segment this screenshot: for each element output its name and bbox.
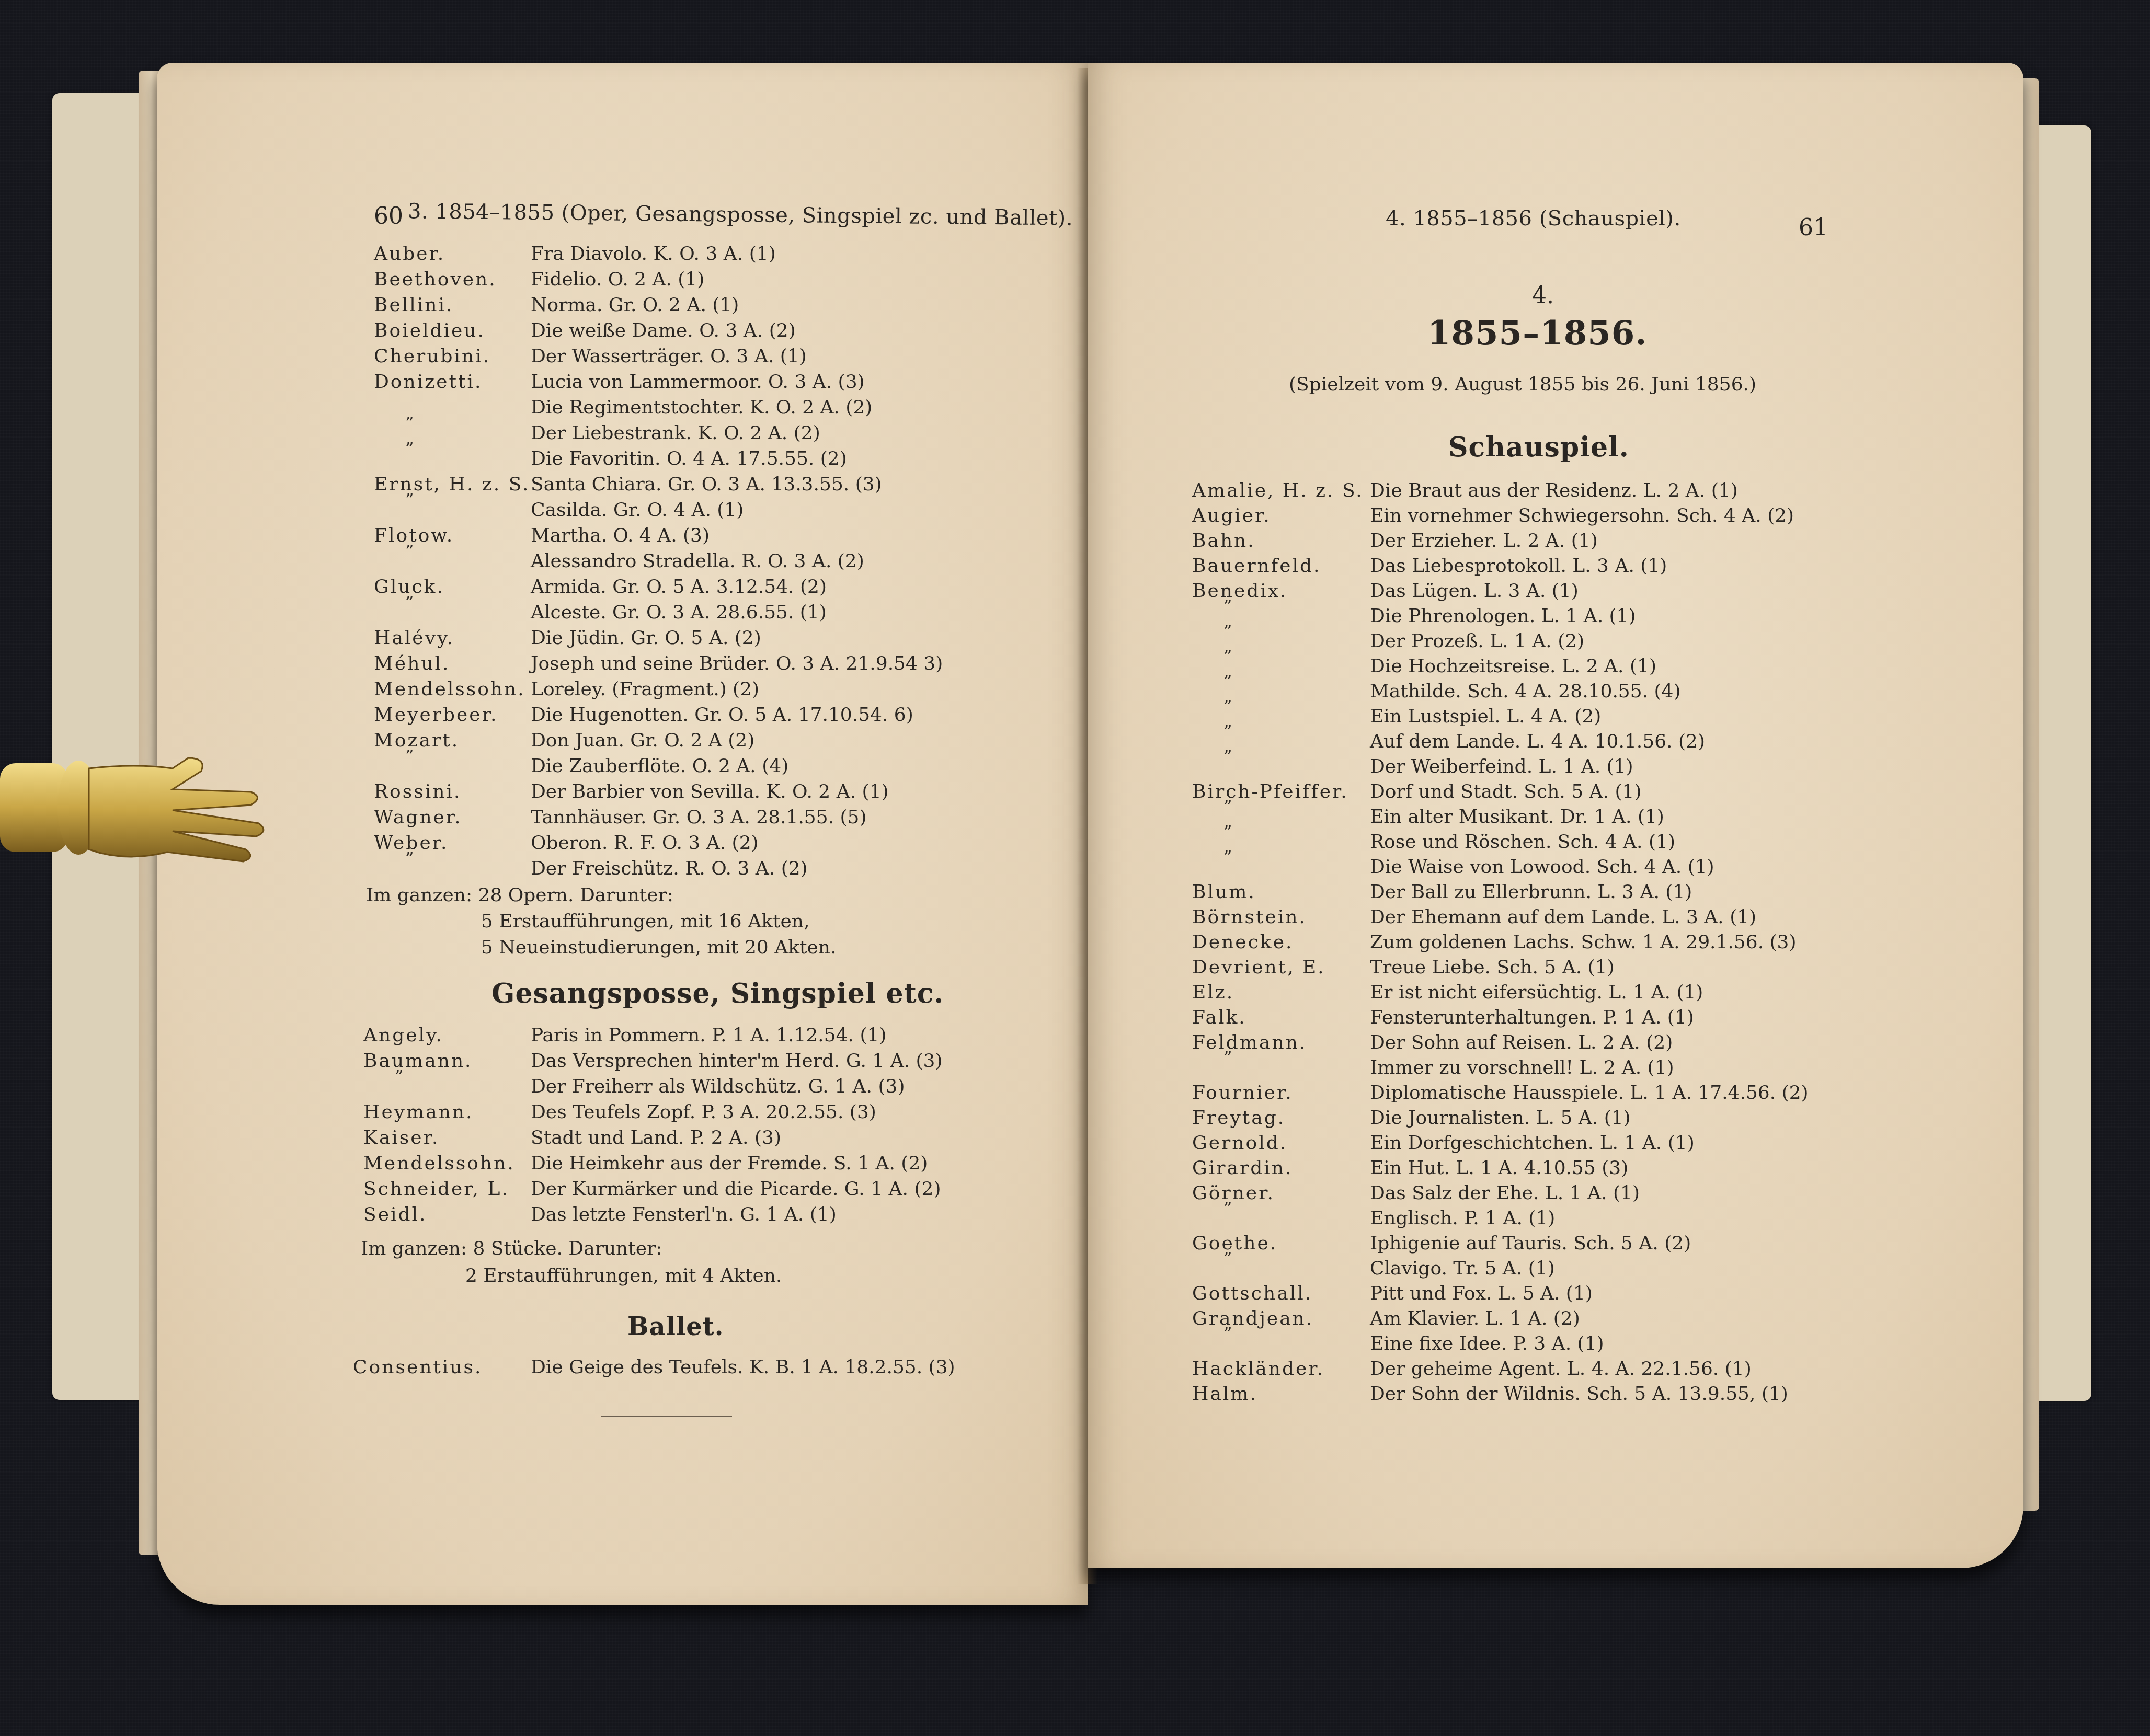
section-heading-ballet: Ballet. xyxy=(627,1312,724,1341)
list-item: ”Alessandro Stradella. R. O. 3 A. (2) xyxy=(374,550,1106,576)
work-title: Die Hochzeitsreise. L. 2 A. (1) xyxy=(1370,656,1656,677)
ditto-mark: ” xyxy=(405,592,414,612)
opera-summary-line: Im ganzen: 28 Opern. Darunter: xyxy=(366,884,673,906)
list-item: ”Die Phrenologen. L. 1 A. (1) xyxy=(1192,605,2008,630)
page-number: 60 xyxy=(374,203,403,229)
work-title: Der Erzieher. L. 2 A. (1) xyxy=(1370,530,1598,551)
list-item: Amalie, H. z. S.Die Braut aus der Reside… xyxy=(1192,480,2008,505)
work-title: Diplomatische Hausspiele. L. 1 A. 17.4.5… xyxy=(1370,1082,1809,1103)
list-item: Schneider, L.Der Kurmärker und die Picar… xyxy=(363,1178,1095,1204)
work-title: Die Heimkehr aus der Fremde. S. 1 A. (2) xyxy=(531,1153,928,1174)
work-title: Die Zauberflöte. O. 2 A. (4) xyxy=(531,755,788,777)
list-item: Hackländer.Der geheime Agent. L. 4. A. 2… xyxy=(1192,1358,2008,1383)
author-name: Börnstein. xyxy=(1192,906,1307,928)
work-title: Der Freiherr als Wildschütz. G. 1 A. (3) xyxy=(531,1076,905,1097)
work-title: Der Prozeß. L. 1 A. (2) xyxy=(1370,630,1584,652)
work-title: Am Klavier. L. 1 A. (2) xyxy=(1370,1308,1580,1329)
list-item: Feldmann.Der Sohn auf Reisen. L. 2 A. (2… xyxy=(1192,1032,2008,1057)
list-item: Meyerbeer.Die Hugenotten. Gr. O. 5 A. 17… xyxy=(374,704,1106,730)
author-name: Kaiser. xyxy=(363,1127,439,1148)
work-title: Die Jüdin. Gr. O. 5 A. (2) xyxy=(531,627,761,649)
work-title: Lucia von Lammermoor. O. 3 A. (3) xyxy=(531,371,865,393)
list-item: Cherubini.Der Wasserträger. O. 3 A. (1) xyxy=(374,346,1106,371)
list-item: ”Die Waise von Lowood. Sch. 4 A. (1) xyxy=(1192,856,2008,881)
author-name: Bahn. xyxy=(1192,530,1255,551)
ditto-mark: ” xyxy=(1223,746,1232,766)
author-name: Halévy. xyxy=(374,627,454,649)
author-name: Donizetti. xyxy=(374,371,482,393)
chapter-title: 1855–1856. xyxy=(1427,314,1648,353)
list-item: ”Eine fixe Idee. P. 3 A. (1) xyxy=(1192,1333,2008,1358)
list-item: Görner.Das Salz der Ehe. L. 1 A. (1) xyxy=(1192,1182,2008,1208)
schauspiel-list: Amalie, H. z. S.Die Braut aus der Reside… xyxy=(1192,480,2008,1408)
author-name: Elz. xyxy=(1192,982,1234,1003)
singspiel-list: Angely.Paris in Pommern. P. 1 A. 1.12.54… xyxy=(363,1025,1095,1229)
list-item: ”Der Weiberfeind. L. 1 A. (1) xyxy=(1192,756,2008,781)
ditto-mark: ” xyxy=(405,413,414,433)
list-item: Heymann.Des Teufels Zopf. P. 3 A. 20.2.5… xyxy=(363,1101,1095,1127)
list-item: ”Rose und Röschen. Sch. 4 A. (1) xyxy=(1192,831,2008,856)
author-name: Augier. xyxy=(1192,505,1271,526)
work-title: Die Geige des Teufels. K. B. 1 A. 18.2.5… xyxy=(531,1356,955,1378)
list-item: Auber.Fra Diavolo. K. O. 3 A. (1) xyxy=(374,243,1106,269)
work-title: Ein vornehmer Schwiegersohn. Sch. 4 A. (… xyxy=(1370,505,1794,526)
work-title: Die Phrenologen. L. 1 A. (1) xyxy=(1370,605,1636,627)
author-name: Gernold. xyxy=(1192,1132,1287,1154)
list-item: Denecke.Zum goldenen Lachs. Schw. 1 A. 2… xyxy=(1192,932,2008,957)
author-name: Rossini. xyxy=(374,781,461,802)
work-title: Martha. O. 4 A. (3) xyxy=(531,525,710,546)
author-name: Falk. xyxy=(1192,1007,1246,1028)
list-item: Devrient, E.Treue Liebe. Sch. 5 A. (1) xyxy=(1192,957,2008,982)
list-item: Freytag.Die Journalisten. L. 5 A. (1) xyxy=(1192,1107,2008,1132)
work-title: Iphigenie auf Tauris. Sch. 5 A. (2) xyxy=(1370,1233,1691,1254)
work-title: Treue Liebe. Sch. 5 A. (1) xyxy=(1370,957,1615,978)
list-item: ”Die Zauberflöte. O. 2 A. (4) xyxy=(374,755,1106,781)
work-title: Immer zu vorschnell! L. 2 A. (1) xyxy=(1370,1057,1674,1078)
author-name: Halm. xyxy=(1192,1383,1257,1405)
list-item: Mendelssohn.Die Heimkehr aus der Fremde.… xyxy=(363,1153,1095,1178)
list-item: ”Die Favoritin. O. 4 A. 17.5.55. (2) xyxy=(374,448,1106,474)
list-item: Rossini.Der Barbier von Sevilla. K. O. 2… xyxy=(374,781,1106,807)
list-item: ”Clavigo. Tr. 5 A. (1) xyxy=(1192,1258,2008,1283)
work-title: Der Ehemann auf dem Lande. L. 3 A. (1) xyxy=(1370,906,1756,928)
list-item: Elz.Er ist nicht eifersüchtig. L. 1 A. (… xyxy=(1192,982,2008,1007)
author-name: Schneider, L. xyxy=(363,1178,509,1200)
work-title: Die Braut aus der Residenz. L. 2 A. (1) xyxy=(1370,480,1738,501)
ballet-list: Consentius.Die Geige des Teufels. K. B. … xyxy=(353,1356,1085,1382)
ditto-mark: ” xyxy=(1223,621,1232,641)
list-item: ”Auf dem Lande. L. 4 A. 10.1.56. (2) xyxy=(1192,731,2008,756)
list-item: ”Ein Lustspiel. L. 4 A. (2) xyxy=(1192,706,2008,731)
ditto-mark: ” xyxy=(1223,797,1232,817)
list-item: Girardin.Ein Hut. L. 1 A. 4.10.55 (3) xyxy=(1192,1157,2008,1182)
author-name: Wagner. xyxy=(374,807,462,828)
list-item: Gernold.Ein Dorfgeschichtchen. L. 1 A. (… xyxy=(1192,1132,2008,1157)
list-item: Grandjean.Am Klavier. L. 1 A. (2) xyxy=(1192,1308,2008,1333)
list-item: Börnstein.Der Ehemann auf dem Lande. L. … xyxy=(1192,906,2008,932)
list-item: ”Der Freiherr als Wildschütz. G. 1 A. (3… xyxy=(363,1076,1095,1101)
author-name: Goethe. xyxy=(1192,1233,1277,1254)
work-title: Norma. Gr. O. 2 A. (1) xyxy=(531,294,739,316)
work-title: Fensterunterhaltungen. P. 1 A. (1) xyxy=(1370,1007,1694,1028)
author-name: Bauernfeld. xyxy=(1192,555,1321,577)
work-title: Der Sohn der Wildnis. Sch. 5 A. 13.9.55,… xyxy=(1370,1383,1788,1405)
hand-clip-icon xyxy=(0,732,272,878)
work-title: Alceste. Gr. O. 3 A. 28.6.55. (1) xyxy=(531,602,827,623)
ditto-mark: ” xyxy=(1223,1248,1232,1268)
page-right: 4. 1855–1856 (Schauspiel). 61 4. 1855–18… xyxy=(1088,63,2023,1568)
list-item: Mendelssohn.Loreley. (Fragment.) (2) xyxy=(374,679,1106,704)
work-title: Casilda. Gr. O. 4 A. (1) xyxy=(531,499,744,521)
work-title: Rose und Röschen. Sch. 4 A. (1) xyxy=(1370,831,1675,853)
author-name: Auber. xyxy=(374,243,445,265)
ditto-mark: ” xyxy=(1223,1198,1232,1218)
list-item: Die Regimentstochter. K. O. 2 A. (2) xyxy=(374,397,1106,422)
author-name: Bellini. xyxy=(374,294,453,316)
list-item: ”Englisch. P. 1 A. (1) xyxy=(1192,1208,2008,1233)
opera-list: Auber.Fra Diavolo. K. O. 3 A. (1)Beethov… xyxy=(374,243,1106,883)
chapter-number: 4. xyxy=(1532,282,1554,309)
author-name: Gottschall. xyxy=(1192,1283,1312,1304)
ditto-mark: ” xyxy=(1223,696,1232,716)
list-item: Bellini.Norma. Gr. O. 2 A. (1) xyxy=(374,294,1106,320)
work-title: Das Versprechen hinter'm Herd. G. 1 A. (… xyxy=(531,1050,943,1072)
list-item: ”Mathilde. Sch. 4 A. 28.10.55. (4) xyxy=(1192,681,2008,706)
list-item: Birch-Pfeiffer.Dorf und Stadt. Sch. 5 A.… xyxy=(1192,781,2008,806)
author-name: Freytag. xyxy=(1192,1107,1285,1129)
ditto-mark: ” xyxy=(1223,847,1232,867)
work-title: Der Freischütz. R. O. 3 A. (2) xyxy=(531,858,808,879)
author-name: Amalie, H. z. S. xyxy=(1192,480,1364,501)
list-item: Gluck.Armida. Gr. O. 5 A. 3.12.54. (2) xyxy=(374,576,1106,602)
author-name: Feldmann. xyxy=(1192,1032,1307,1053)
list-item: ”Der Prozeß. L. 1 A. (2) xyxy=(1192,630,2008,656)
work-title: Dorf und Stadt. Sch. 5 A. (1) xyxy=(1370,781,1642,802)
section-heading-schauspiel: Schauspiel. xyxy=(1448,431,1629,463)
author-name: Birch-Pfeiffer. xyxy=(1192,781,1348,802)
list-item: Augier.Ein vornehmer Schwiegersohn. Sch.… xyxy=(1192,505,2008,530)
work-title: Ein Dorfgeschichtchen. L. 1 A. (1) xyxy=(1370,1132,1695,1154)
author-name: Cherubini. xyxy=(374,346,490,367)
work-title: Die Favoritin. O. 4 A. 17.5.55. (2) xyxy=(531,448,847,469)
author-name: Görner. xyxy=(1192,1182,1275,1204)
work-title: Die Regimentstochter. K. O. 2 A. (2) xyxy=(531,397,872,418)
work-title: Fidelio. O. 2 A. (1) xyxy=(531,269,704,290)
ditto-mark: ” xyxy=(395,1066,403,1086)
work-title: Don Juan. Gr. O. 2 A (2) xyxy=(531,730,754,751)
list-item: Baumann.Das Versprechen hinter'm Herd. G… xyxy=(363,1050,1095,1076)
list-item: Blum.Der Ball zu Ellerbrunn. L. 3 A. (1) xyxy=(1192,881,2008,906)
list-item: Mozart.Don Juan. Gr. O. 2 A (2) xyxy=(374,730,1106,755)
open-book: 60 3. 1854–1855 (Oper, Gesangsposse, Sin… xyxy=(0,0,2150,1736)
work-title: Clavigo. Tr. 5 A. (1) xyxy=(1370,1258,1555,1279)
work-title: Der Liebestrank. K. O. 2 A. (2) xyxy=(531,422,820,444)
list-item: Bahn.Der Erzieher. L. 2 A. (1) xyxy=(1192,530,2008,555)
list-item: ”Casilda. Gr. O. 4 A. (1) xyxy=(374,499,1106,525)
work-title: Joseph und seine Brüder. O. 3 A. 21.9.54… xyxy=(531,653,943,674)
author-name: Consentius. xyxy=(353,1356,482,1378)
work-title: Das Liebesprotokoll. L. 3 A. (1) xyxy=(1370,555,1667,577)
list-item: Falk.Fensterunterhaltungen. P. 1 A. (1) xyxy=(1192,1007,2008,1032)
list-item: Halévy.Die Jüdin. Gr. O. 5 A. (2) xyxy=(374,627,1106,653)
work-title: Armida. Gr. O. 5 A. 3.12.54. (2) xyxy=(531,576,827,597)
work-title: Die Journalisten. L. 5 A. (1) xyxy=(1370,1107,1631,1129)
work-title: Santa Chiara. Gr. O. 3 A. 13.3.55. (3) xyxy=(531,474,882,495)
work-title: Der Ball zu Ellerbrunn. L. 3 A. (1) xyxy=(1370,881,1692,903)
ditto-mark: ” xyxy=(405,541,414,561)
author-name: Fournier. xyxy=(1192,1082,1293,1103)
singspiel-summary-line: Im ganzen: 8 Stücke. Darunter: xyxy=(361,1238,662,1259)
author-name: Heymann. xyxy=(363,1101,473,1123)
ditto-mark: ” xyxy=(1223,671,1232,691)
ditto-mark: ” xyxy=(1223,721,1232,741)
list-item: Weber.Oberon. R. F. O. 3 A. (2) xyxy=(374,832,1106,858)
list-item: Flotow.Martha. O. 4 A. (3) xyxy=(374,525,1106,550)
work-title: Pitt und Fox. L. 5 A. (1) xyxy=(1370,1283,1593,1304)
list-item: Ernst, H. z. S.Santa Chiara. Gr. O. 3 A.… xyxy=(374,474,1106,499)
opera-summary-line: 5 Neueinstudierungen, mit 20 Akten. xyxy=(481,937,836,958)
author-name: Meyerbeer. xyxy=(374,704,498,726)
work-title: Stadt und Land. P. 2 A. (3) xyxy=(531,1127,781,1148)
list-item: Méhul.Joseph und seine Brüder. O. 3 A. 2… xyxy=(374,653,1106,679)
work-title: Das Salz der Ehe. L. 1 A. (1) xyxy=(1370,1182,1640,1204)
work-title: Alessandro Stradella. R. O. 3 A. (2) xyxy=(531,550,864,572)
work-title: Der geheime Agent. L. 4. A. 22.1.56. (1) xyxy=(1370,1358,1752,1379)
work-title: Der Kurmärker und die Picarde. G. 1 A. (… xyxy=(531,1178,941,1200)
list-item: Kaiser.Stadt und Land. P. 2 A. (3) xyxy=(363,1127,1095,1153)
work-title: Er ist nicht eifersüchtig. L. 1 A. (1) xyxy=(1370,982,1703,1003)
ditto-mark: ” xyxy=(405,490,414,510)
author-name: Mozart. xyxy=(374,730,459,751)
work-title: Die weiße Dame. O. 3 A. (2) xyxy=(531,320,796,341)
page-left: 60 3. 1854–1855 (Oper, Gesangsposse, Sin… xyxy=(157,63,1088,1605)
list-item: Beethoven.Fidelio. O. 2 A. (1) xyxy=(374,269,1106,294)
author-name: Ernst, H. z. S. xyxy=(374,474,530,495)
list-item: ”Der Freischütz. R. O. 3 A. (2) xyxy=(374,858,1106,883)
ditto-mark: ” xyxy=(405,439,414,458)
work-title: Auf dem Lande. L. 4 A. 10.1.56. (2) xyxy=(1370,731,1705,752)
list-item: ”Alceste. Gr. O. 3 A. 28.6.55. (1) xyxy=(374,602,1106,627)
list-item: ”Ein alter Musikant. Dr. 1 A. (1) xyxy=(1192,806,2008,831)
author-name: Mendelssohn. xyxy=(363,1153,515,1174)
ditto-mark: ” xyxy=(1223,822,1232,842)
work-title: Tannhäuser. Gr. O. 3 A. 28.1.55. (5) xyxy=(531,807,867,828)
list-item: ”Die Hochzeitsreise. L. 2 A. (1) xyxy=(1192,656,2008,681)
list-item: Angely.Paris in Pommern. P. 1 A. 1.12.54… xyxy=(363,1025,1095,1050)
author-name: Devrient, E. xyxy=(1192,957,1325,978)
work-title: Der Sohn auf Reisen. L. 2 A. (2) xyxy=(1370,1032,1673,1053)
page-number: 61 xyxy=(1799,214,1828,241)
author-name: Baumann. xyxy=(363,1050,473,1072)
list-item: Bauernfeld.Das Liebesprotokoll. L. 3 A. … xyxy=(1192,555,2008,580)
work-title: Fra Diavolo. K. O. 3 A. (1) xyxy=(531,243,776,265)
singspiel-summary-line: 2 Erstaufführungen, mit 4 Akten. xyxy=(465,1265,782,1286)
author-name: Mendelssohn. xyxy=(374,679,525,700)
author-name: Denecke. xyxy=(1192,932,1293,953)
work-title: Paris in Pommern. P. 1 A. 1.12.54. (1) xyxy=(531,1025,886,1046)
work-title: Englisch. P. 1 A. (1) xyxy=(1370,1208,1555,1229)
opera-summary-line: 5 Erstaufführungen, mit 16 Akten, xyxy=(481,911,809,932)
list-item: Wagner.Tannhäuser. Gr. O. 3 A. 28.1.55. … xyxy=(374,807,1106,832)
work-title: Die Hugenotten. Gr. O. 5 A. 17.10.54. 6) xyxy=(531,704,913,726)
author-name: Hackländer. xyxy=(1192,1358,1324,1379)
ditto-mark: ” xyxy=(405,848,414,868)
author-name: Flotow. xyxy=(374,525,454,546)
work-title: Der Weiberfeind. L. 1 A. (1) xyxy=(1370,756,1633,777)
work-title: Die Waise von Lowood. Sch. 4 A. (1) xyxy=(1370,856,1714,878)
work-title: Ein Lustspiel. L. 4 A. (2) xyxy=(1370,706,1601,727)
work-title: Der Wasserträger. O. 3 A. (1) xyxy=(531,346,807,367)
author-name: Girardin. xyxy=(1192,1157,1293,1179)
list-item: ”Der Liebestrank. K. O. 2 A. (2) xyxy=(374,422,1106,448)
ditto-mark: ” xyxy=(1223,1048,1232,1067)
work-title: Oberon. R. F. O. 3 A. (2) xyxy=(531,832,759,854)
list-item: Goethe.Iphigenie auf Tauris. Sch. 5 A. (… xyxy=(1192,1233,2008,1258)
work-title: Mathilde. Sch. 4 A. 28.10.55. (4) xyxy=(1370,681,1681,702)
ditto-mark: ” xyxy=(405,746,414,766)
running-head: 3. 1854–1855 (Oper, Gesangsposse, Singsp… xyxy=(408,199,1073,230)
end-rule xyxy=(601,1416,732,1417)
work-title: Eine fixe Idee. P. 3 A. (1) xyxy=(1370,1333,1604,1354)
work-title: Zum goldenen Lachs. Schw. 1 A. 29.1.56. … xyxy=(1370,932,1797,953)
list-item: Boieldieu.Die weiße Dame. O. 3 A. (2) xyxy=(374,320,1106,346)
work-title: Ein Hut. L. 1 A. 4.10.55 (3) xyxy=(1370,1157,1628,1179)
list-item: Consentius.Die Geige des Teufels. K. B. … xyxy=(353,1356,1085,1382)
author-name: Angely. xyxy=(363,1025,443,1046)
ditto-mark: ” xyxy=(1223,646,1232,666)
work-title: Ein alter Musikant. Dr. 1 A. (1) xyxy=(1370,806,1664,827)
author-name: Beethoven. xyxy=(374,269,497,290)
work-title: Des Teufels Zopf. P. 3 A. 20.2.55. (3) xyxy=(531,1101,876,1123)
list-item: Gottschall.Pitt und Fox. L. 5 A. (1) xyxy=(1192,1283,2008,1308)
ditto-mark: ” xyxy=(1223,1324,1232,1343)
list-item: ”Immer zu vorschnell! L. 2 A. (1) xyxy=(1192,1057,2008,1082)
author-name: Méhul. xyxy=(374,653,450,674)
work-title: Der Barbier von Sevilla. K. O. 2 A. (1) xyxy=(531,781,889,802)
work-title: Loreley. (Fragment.) (2) xyxy=(531,679,759,700)
section-heading-singspiel: Gesangsposse, Singspiel etc. xyxy=(491,978,944,1009)
season-dates: (Spielzeit vom 9. August 1855 bis 26. Ju… xyxy=(1289,374,1756,395)
work-title: Das letzte Fensterl'n. G. 1 A. (1) xyxy=(531,1204,837,1225)
list-item: Fournier.Diplomatische Hausspiele. L. 1 … xyxy=(1192,1082,2008,1107)
ditto-mark: ” xyxy=(1223,596,1232,616)
author-name: Blum. xyxy=(1192,881,1256,903)
list-item: Halm.Der Sohn der Wildnis. Sch. 5 A. 13.… xyxy=(1192,1383,2008,1408)
running-head: 4. 1855–1856 (Schauspiel). xyxy=(1386,206,1681,231)
work-title: Das Lügen. L. 3 A. (1) xyxy=(1370,580,1579,602)
list-item: Donizetti.Lucia von Lammermoor. O. 3 A. … xyxy=(374,371,1106,397)
author-name: Grandjean. xyxy=(1192,1308,1313,1329)
list-item: Seidl.Das letzte Fensterl'n. G. 1 A. (1) xyxy=(363,1204,1095,1229)
author-name: Seidl. xyxy=(363,1204,427,1225)
author-name: Boieldieu. xyxy=(374,320,485,341)
author-name: Benedix. xyxy=(1192,580,1288,602)
list-item: Benedix.Das Lügen. L. 3 A. (1) xyxy=(1192,580,2008,605)
